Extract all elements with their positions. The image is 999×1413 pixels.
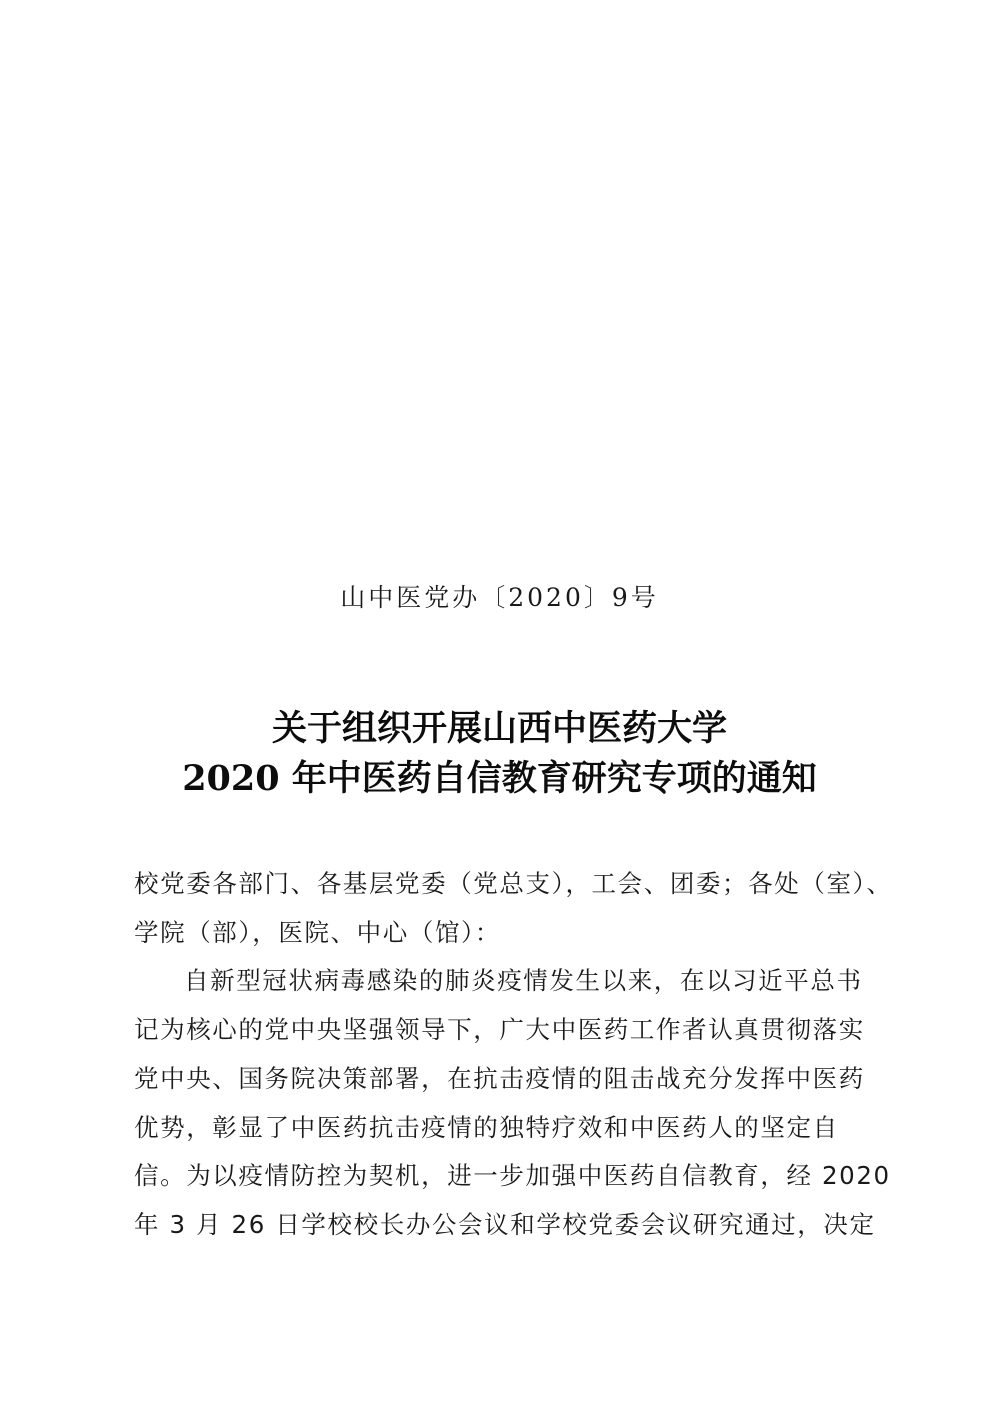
document-number: 山中医党办〔2020〕9号 [0, 580, 999, 616]
paragraph-line: 党中央、国务院决策部署，在抗击疫情的阻击战充分发挥中医药 [134, 1055, 874, 1104]
paragraph-line: 自新型冠状病毒感染的肺炎疫情发生以来，在以习近平总书 [134, 957, 874, 1006]
paragraph-line: 优势，彰显了中医药抗击疫情的独特疗效和中医药人的坚定自 [134, 1104, 874, 1153]
document-page: 山中医党办〔2020〕9号 关于组织开展山西中医药大学 2020 年中医药自信教… [0, 0, 999, 1413]
paragraph-line: 记为核心的党中央坚强领导下，广大中医药工作者认真贯彻落实 [134, 1006, 874, 1055]
addressees-line-2: 学院（部），医院、中心（馆）： [134, 909, 874, 958]
addressees-line-1: 校党委各部门、各基层党委（党总支），工会、团委；各处（室）、 [134, 860, 874, 909]
document-body: 校党委各部门、各基层党委（党总支），工会、团委；各处（室）、 学院（部），医院、… [134, 860, 874, 1250]
paragraph-line: 信。为以疫情防控为契机，进一步加强中医药自信教育，经 2020 [134, 1152, 874, 1201]
title-line-2: 2020 年中医药自信教育研究专项的通知 [0, 754, 999, 804]
document-title: 关于组织开展山西中医药大学 2020 年中医药自信教育研究专项的通知 [0, 704, 999, 804]
paragraph-line: 年 3 月 26 日学校校长办公会议和学校党委会议研究通过，决定 [134, 1201, 874, 1250]
title-line-1: 关于组织开展山西中医药大学 [0, 704, 999, 754]
